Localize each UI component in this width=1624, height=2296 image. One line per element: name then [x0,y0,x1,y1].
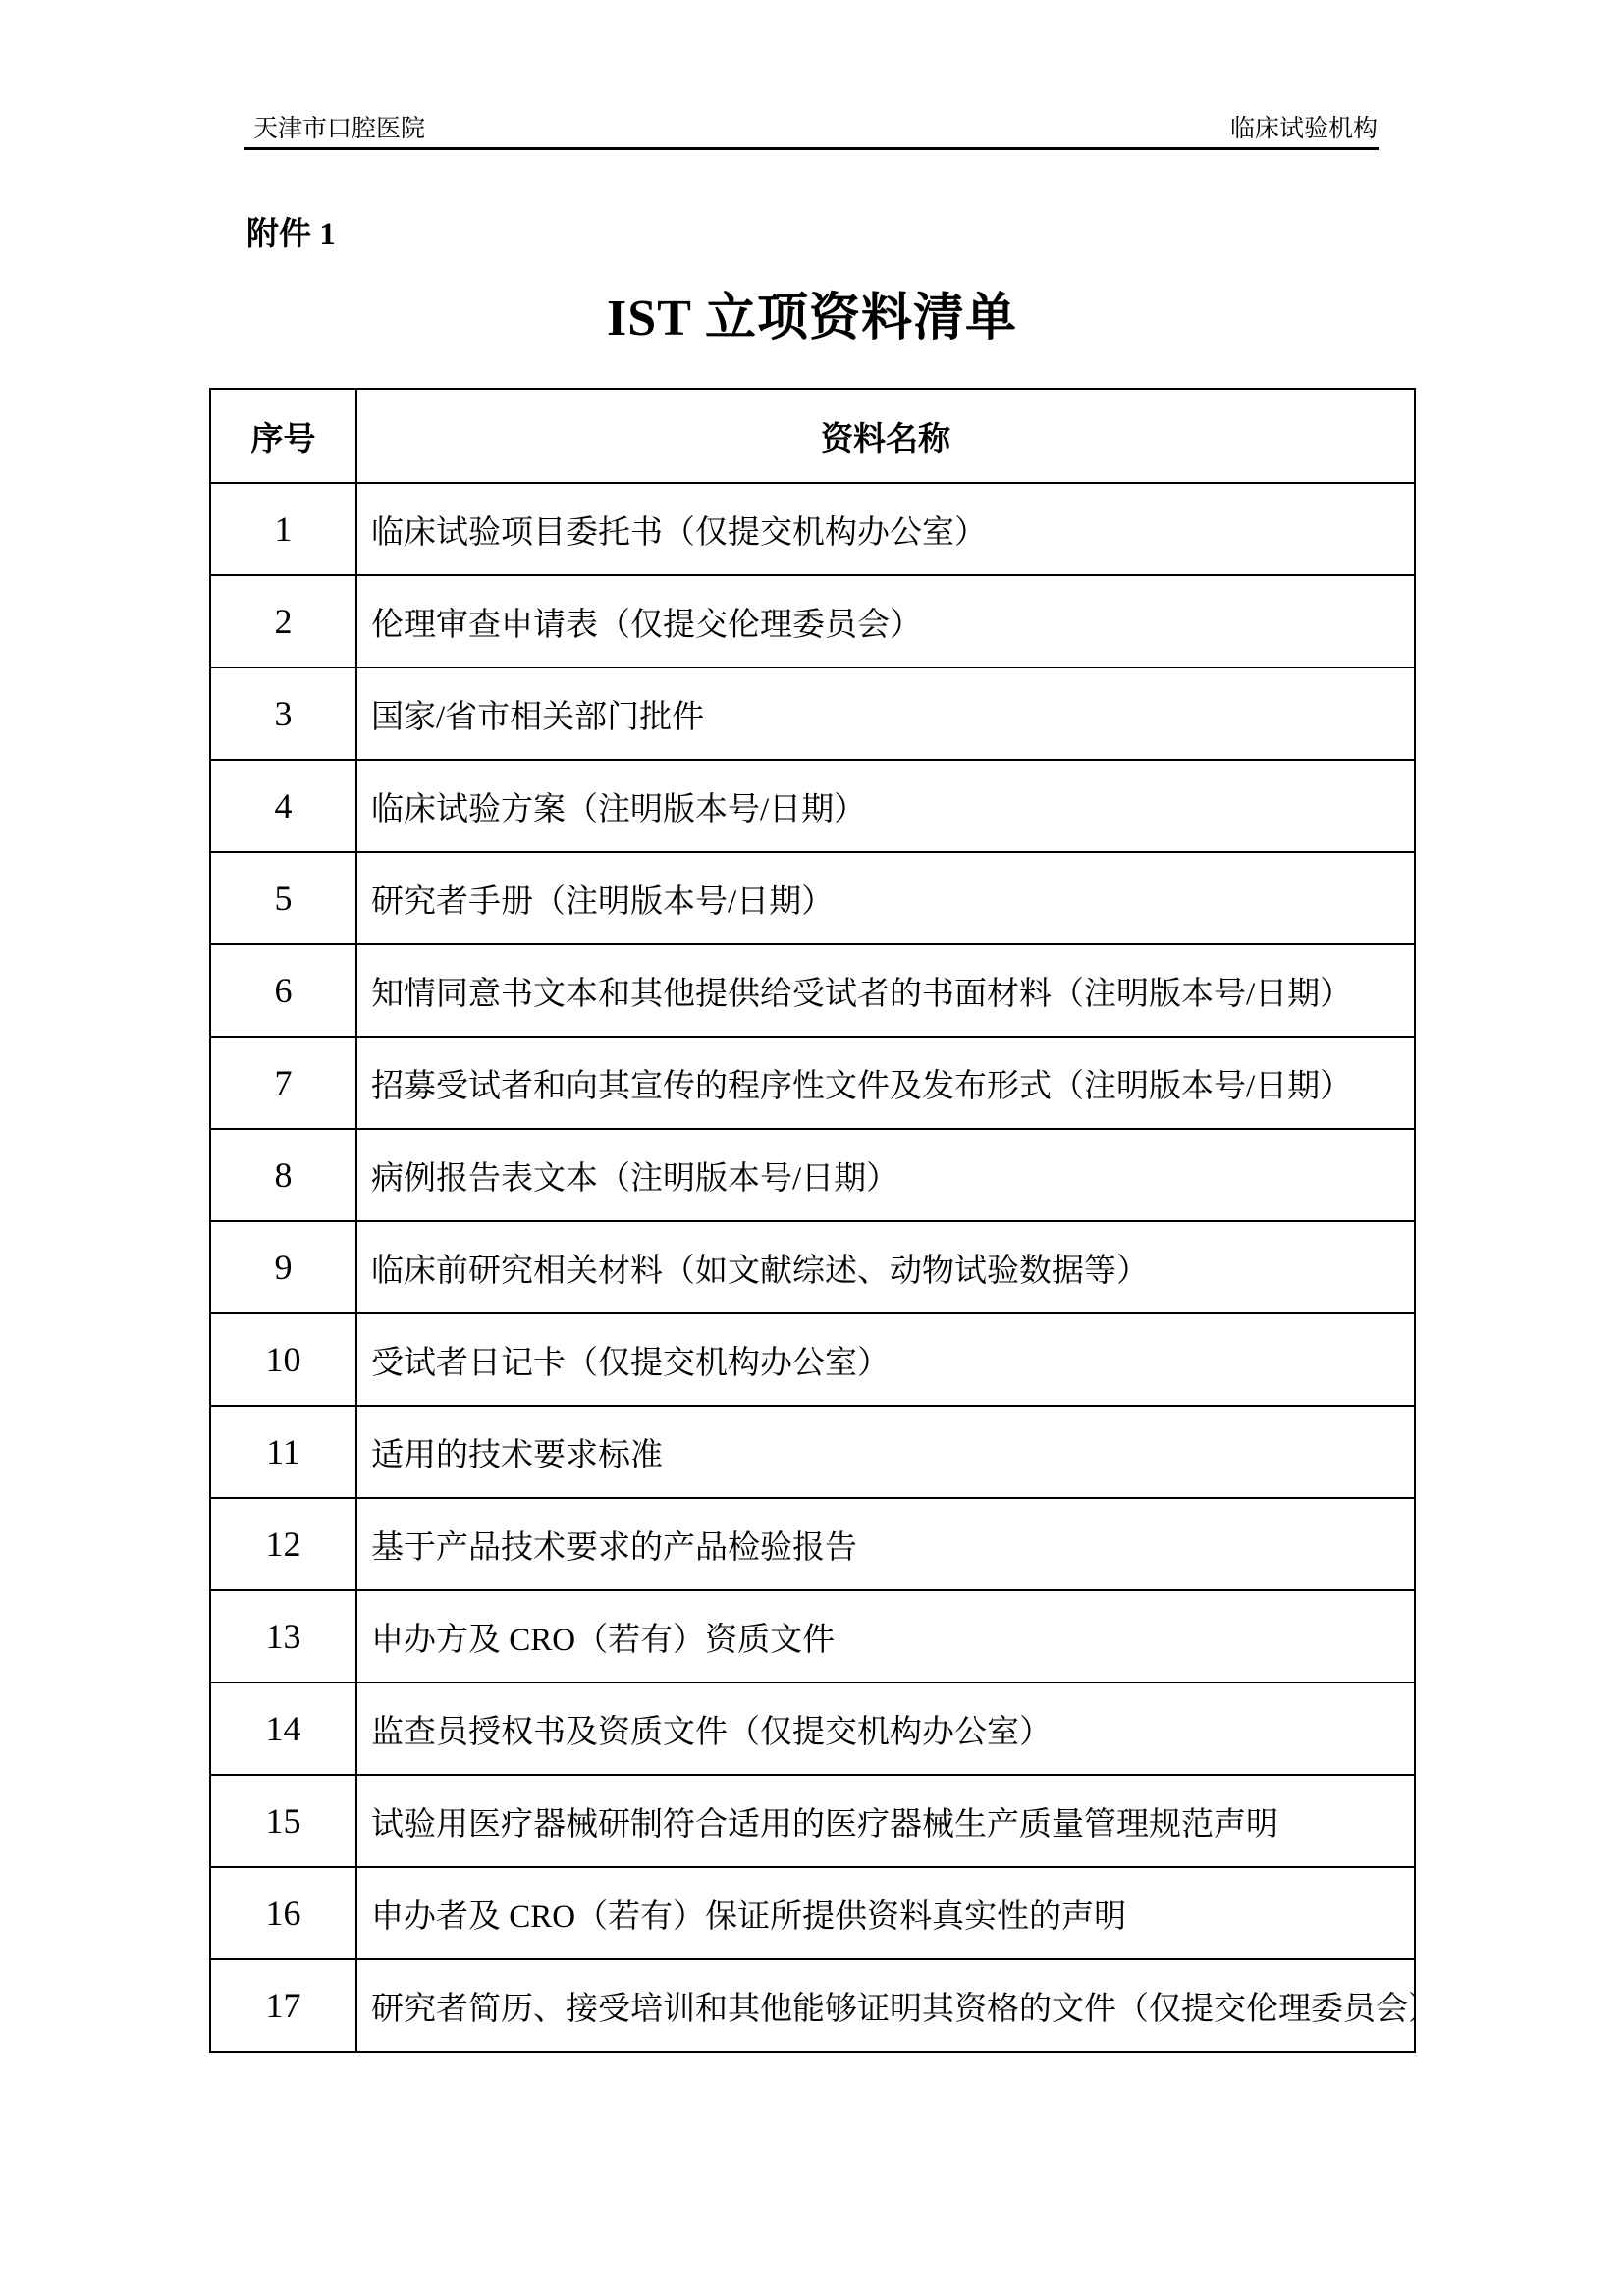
row-name: 临床前研究相关材料（如文献综述、动物试验数据等） [356,1221,1415,1313]
materials-table: 序号 资料名称 1 临床试验项目委托书（仅提交机构办公室） 2 伦理审查申请表（… [209,388,1416,2053]
row-number: 17 [210,1959,356,2052]
row-number: 4 [210,760,356,852]
row-name: 基于产品技术要求的产品检验报告 [356,1498,1415,1590]
table-row: 15 试验用医疗器械研制符合适用的医疗器械生产质量管理规范声明 [210,1775,1415,1867]
table-row: 8 病例报告表文本（注明版本号/日期） [210,1129,1415,1221]
row-number: 13 [210,1590,356,1682]
header-left-text: 天津市口腔医院 [253,115,425,144]
table-row: 16 申办者及 CRO（若有）保证所提供资料真实性的声明 [210,1867,1415,1959]
row-number: 6 [210,944,356,1037]
row-number: 14 [210,1682,356,1775]
row-name: 病例报告表文本（注明版本号/日期） [356,1129,1415,1221]
row-name: 受试者日记卡（仅提交机构办公室） [356,1313,1415,1406]
table-row: 5 研究者手册（注明版本号/日期） [210,852,1415,944]
row-number: 5 [210,852,356,944]
row-number: 16 [210,1867,356,1959]
row-name: 临床试验方案（注明版本号/日期） [356,760,1415,852]
row-number: 9 [210,1221,356,1313]
row-name: 申办者及 CRO（若有）保证所提供资料真实性的声明 [356,1867,1415,1959]
table-row: 11 适用的技术要求标准 [210,1406,1415,1498]
document-title: IST 立项资料清单 [0,276,1624,349]
row-name: 研究者简历、接受培训和其他能够证明其资格的文件（仅提交伦理委员会） [356,1959,1415,2052]
table-row: 10 受试者日记卡（仅提交机构办公室） [210,1313,1415,1406]
table-row: 14 监查员授权书及资质文件（仅提交机构办公室） [210,1682,1415,1775]
table-row: 7 招募受试者和向其宣传的程序性文件及发布形式（注明版本号/日期） [210,1037,1415,1129]
table-row: 13 申办方及 CRO（若有）资质文件 [210,1590,1415,1682]
column-header-no: 序号 [210,389,356,483]
row-number: 2 [210,575,356,667]
row-name: 试验用医疗器械研制符合适用的医疗器械生产质量管理规范声明 [356,1775,1415,1867]
row-name: 国家/省市相关部门批件 [356,667,1415,760]
row-number: 1 [210,483,356,575]
row-name: 伦理审查申请表（仅提交伦理委员会） [356,575,1415,667]
row-number: 10 [210,1313,356,1406]
row-number: 7 [210,1037,356,1129]
row-name: 招募受试者和向其宣传的程序性文件及发布形式（注明版本号/日期） [356,1037,1415,1129]
attachment-label: 附件 1 [246,208,336,254]
table-row: 17 研究者简历、接受培训和其他能够证明其资格的文件（仅提交伦理委员会） [210,1959,1415,2052]
table-row: 9 临床前研究相关材料（如文献综述、动物试验数据等） [210,1221,1415,1313]
column-header-name: 资料名称 [356,389,1415,483]
row-name: 适用的技术要求标准 [356,1406,1415,1498]
row-name: 监查员授权书及资质文件（仅提交机构办公室） [356,1682,1415,1775]
header-rule [244,147,1379,150]
row-name: 申办方及 CRO（若有）资质文件 [356,1590,1415,1682]
header-right-text: 临床试验机构 [1230,115,1378,144]
row-number: 3 [210,667,356,760]
table-row: 1 临床试验项目委托书（仅提交机构办公室） [210,483,1415,575]
row-name: 临床试验项目委托书（仅提交机构办公室） [356,483,1415,575]
table-row: 12 基于产品技术要求的产品检验报告 [210,1498,1415,1590]
row-number: 8 [210,1129,356,1221]
row-name: 研究者手册（注明版本号/日期） [356,852,1415,944]
table-row: 4 临床试验方案（注明版本号/日期） [210,760,1415,852]
table-row: 6 知情同意书文本和其他提供给受试者的书面材料（注明版本号/日期） [210,944,1415,1037]
row-number: 12 [210,1498,356,1590]
row-number: 11 [210,1406,356,1498]
row-name: 知情同意书文本和其他提供给受试者的书面材料（注明版本号/日期） [356,944,1415,1037]
row-number: 15 [210,1775,356,1867]
table-row: 3 国家/省市相关部门批件 [210,667,1415,760]
table-header-row: 序号 资料名称 [210,389,1415,483]
document-page: 天津市口腔医院 临床试验机构 附件 1 IST 立项资料清单 序号 资料名称 1… [0,0,1624,2296]
table-row: 2 伦理审查申请表（仅提交伦理委员会） [210,575,1415,667]
